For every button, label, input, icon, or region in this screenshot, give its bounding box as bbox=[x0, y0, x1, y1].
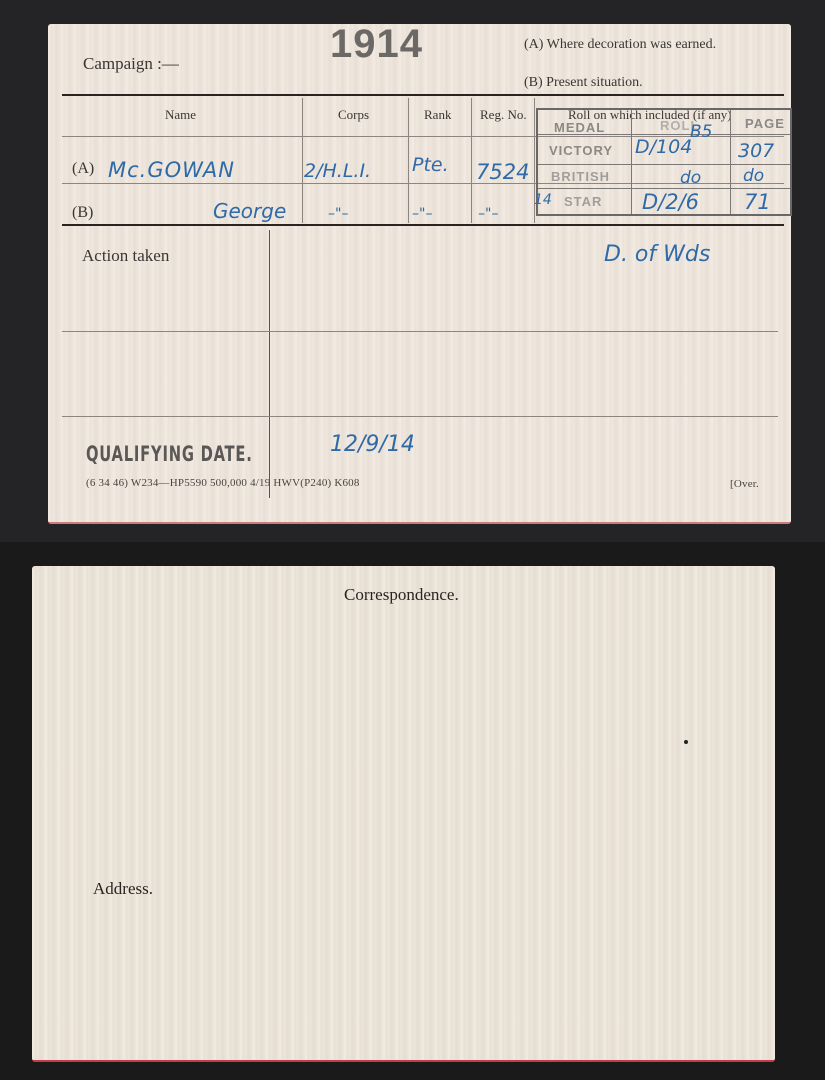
roll-british: do bbox=[680, 168, 701, 188]
stamp-medal-british: BRITISH bbox=[551, 169, 610, 184]
qualifying-date-stamp: QUALIFYING DATE. bbox=[86, 442, 253, 466]
action-taken-label: Action taken bbox=[82, 246, 169, 266]
medal-index-card-back: Correspondence. Address. bbox=[32, 566, 775, 1062]
stamp-col-line bbox=[730, 110, 731, 214]
row-b-reg-no: –"– bbox=[478, 206, 498, 222]
row-b-label: (B) bbox=[72, 204, 93, 222]
column-header-reg-no: Reg. No. bbox=[480, 107, 527, 123]
row-a-label: (A) bbox=[72, 160, 94, 178]
stamp-medal-victory: VICTORY bbox=[549, 143, 613, 158]
roll-victory: D/104 bbox=[635, 136, 692, 158]
row-b-corps: –"– bbox=[328, 206, 348, 222]
page-star: 71 bbox=[744, 190, 771, 214]
medal-roll-stamp: MEDAL ROLL PAGE VICTORY BRITISH STAR D/1… bbox=[536, 108, 792, 216]
row-b-name: George bbox=[213, 199, 286, 223]
roll-annotation: B5 bbox=[690, 122, 712, 142]
stamp-header-medal: MEDAL bbox=[554, 120, 605, 135]
row-b-rank: –"– bbox=[412, 206, 432, 222]
divider-rank-reg bbox=[471, 98, 472, 223]
divider-name-corps bbox=[302, 98, 303, 223]
table-bottom-rule bbox=[62, 224, 784, 226]
stamp-row-line bbox=[538, 164, 790, 165]
correspondence-title: Correspondence. bbox=[344, 585, 459, 605]
stamp-col-line bbox=[631, 110, 632, 214]
campaign-label: Campaign :— bbox=[83, 54, 179, 74]
stamp-row-line bbox=[538, 188, 790, 189]
campaign-year-stamp: 1914 bbox=[330, 22, 423, 67]
divider-corps-rank bbox=[408, 98, 409, 223]
stamp-medal-star: STAR bbox=[564, 194, 602, 209]
action-rule-2 bbox=[62, 416, 778, 417]
ink-speck bbox=[684, 740, 688, 744]
row-a-name: Mc.GOWAN bbox=[108, 158, 235, 182]
header-rule bbox=[62, 94, 784, 96]
address-label: Address. bbox=[93, 879, 153, 899]
row-a-corps: 2/H.L.I. bbox=[304, 160, 371, 182]
medal-index-card-front: Campaign :— 1914 (A) Where decoration wa… bbox=[48, 24, 791, 524]
legend-a: (A) Where decoration was earned. bbox=[524, 37, 716, 53]
over-label: [Over. bbox=[730, 478, 759, 490]
column-header-name: Name bbox=[165, 107, 196, 123]
footer-print-code: (6 34 46) W234—HP5590 500,000 4/19 HWV(P… bbox=[86, 477, 360, 489]
page-british: do bbox=[743, 166, 764, 186]
action-divider bbox=[269, 230, 270, 498]
column-header-corps: Corps bbox=[338, 107, 369, 123]
column-header-rank: Rank bbox=[424, 107, 451, 123]
roll-star: D/2/6 bbox=[642, 190, 699, 214]
action-rule-1 bbox=[62, 331, 778, 332]
legend-b: (B) Present situation. bbox=[524, 75, 643, 91]
qualifying-date-value: 12/9/14 bbox=[330, 432, 415, 457]
stamp-header-page: PAGE bbox=[745, 116, 785, 131]
row-a-rank: Pte. bbox=[412, 154, 449, 176]
star-annotation: 14 bbox=[534, 192, 552, 208]
row-a-reg-no: 7524 bbox=[476, 160, 529, 184]
action-note: D. of Wds bbox=[604, 242, 710, 267]
page-victory: 307 bbox=[738, 140, 774, 162]
